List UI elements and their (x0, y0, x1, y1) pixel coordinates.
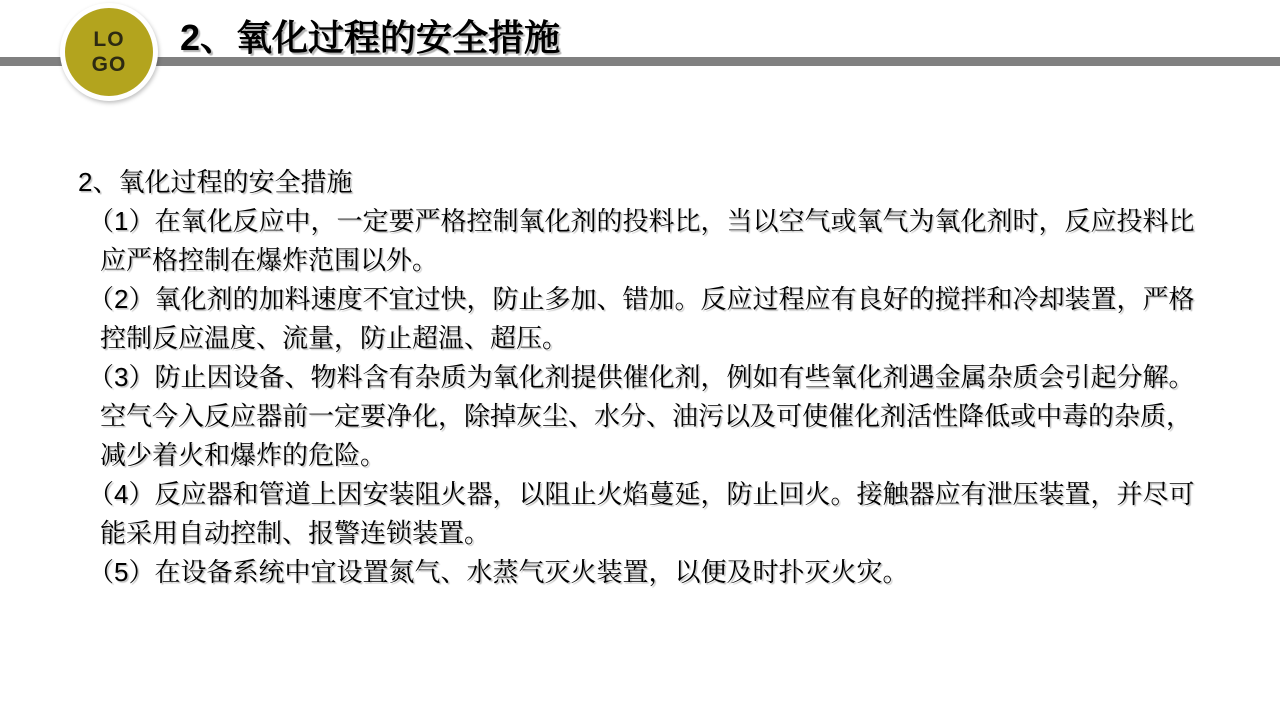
logo-text-line2: GO (92, 52, 127, 77)
body-text-line: 减少着火和爆炸的危险。 (100, 436, 1238, 475)
body-text-line: （5）在设备系统中宜设置氮气、水蒸气灭火装置，以便及时扑灭火灾。 (88, 553, 1238, 592)
slide: LO GO 2、氧化过程的安全措施 2、氧化过程的安全措施 （1）在氧化反应中，… (0, 0, 1280, 720)
body-text-line: 空气今入反应器前一定要净化，除掉灰尘、水分、油污以及可使催化剂活性降低或中毒的杂… (100, 397, 1238, 436)
logo-badge: LO GO (60, 3, 158, 101)
slide-body: 2、氧化过程的安全措施 （1）在氧化反应中，一定要严格控制氧化剂的投料比，当以空… (78, 163, 1238, 592)
logo-text-line1: LO (93, 27, 124, 52)
body-text-line: （3）防止因设备、物料含有杂质为氧化剂提供催化剂，例如有些氧化剂遇金属杂质会引起… (88, 358, 1238, 397)
page-title: 2、氧化过程的安全措施 (180, 16, 560, 60)
body-text-line: 应严格控制在爆炸范围以外。 (100, 241, 1238, 280)
body-text-line: （4）反应器和管道上因安装阻火器，以阻止火焰蔓延，防止回火。接触器应有泄压装置，… (88, 475, 1238, 514)
body-text-line: 2、氧化过程的安全措施 (78, 163, 1238, 202)
body-text-line: 能采用自动控制、报警连锁装置。 (100, 514, 1238, 553)
body-text-line: 控制反应温度、流量，防止超温、超压。 (100, 319, 1238, 358)
body-text-line: （1）在氧化反应中，一定要严格控制氧化剂的投料比，当以空气或氧气为氧化剂时，反应… (88, 202, 1238, 241)
body-text-line: （2）氧化剂的加料速度不宜过快，防止多加、错加。反应过程应有良好的搅拌和冷却装置… (88, 280, 1238, 319)
